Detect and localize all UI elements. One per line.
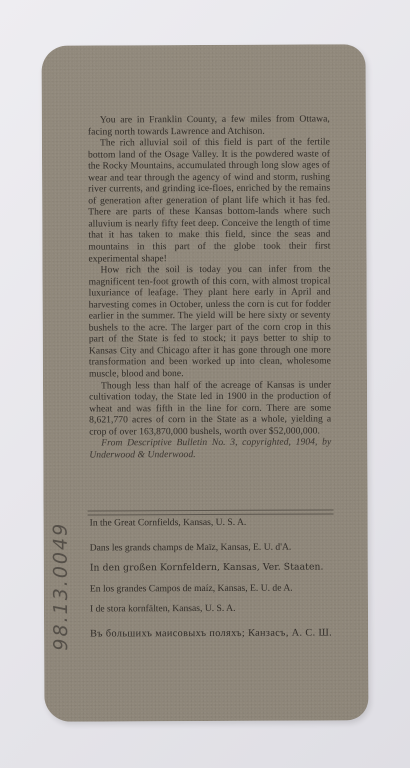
caption-swedish: I de stora kornfälten, Kansas, U. S. A. [90,603,334,616]
paragraph-location: You are in Franklin County, a few miles … [88,113,330,137]
caption-english: In the Great Cornfields, Kansas, U. S. A… [90,516,334,529]
stereograph-card-back: 98.13.0049 You are in Franklin County, a… [42,44,369,721]
caption-german: In den großen Kornfeldern, Kansas, Ver. … [90,562,334,575]
handwritten-accession-number: 98.13.0049 [50,522,73,651]
paragraph-soil: The rich alluvial soil of this field is … [88,137,331,265]
caption-spanish: En los grandes Campos de maíz, Kansas, E… [90,582,334,595]
description-text: You are in Franklin County, a few miles … [88,113,332,460]
caption-french: Dans les grands champs de Maïz, Kansas, … [90,541,334,554]
double-rule-divider [88,509,334,515]
multilingual-captions: In the Great Cornfields, Kansas, U. S. A… [90,516,335,649]
copyright-credit: From Descriptive Bulletin No. 3, copyrig… [89,437,331,461]
paragraph-statistics: Though less than half of the acreage of … [89,379,331,438]
paragraph-corn-growth: How rich the soil is today you can infer… [88,264,331,381]
caption-russian: Въ большихъ маисовыхъ поляхъ; Канзасъ, А… [90,626,334,640]
